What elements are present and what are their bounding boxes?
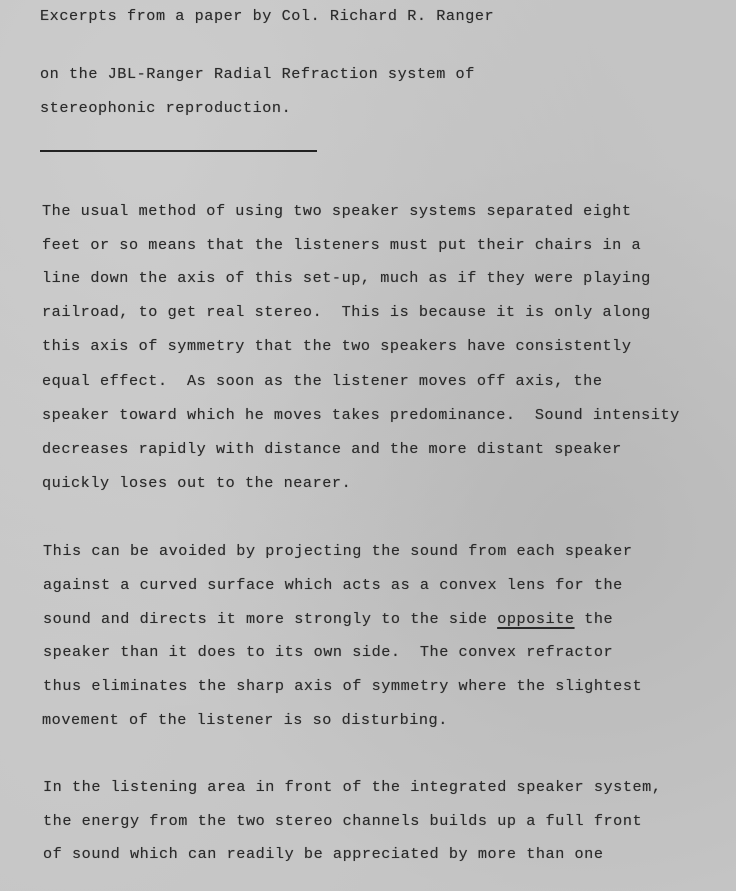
underlined-word: opposite: [497, 610, 574, 628]
p1-line-8: decreases rapidly with distance and the …: [42, 439, 622, 459]
p1-line-6: equal effect. As soon as the listener mo…: [42, 371, 603, 391]
p3-line-1: In the listening area in front of the in…: [43, 777, 662, 797]
p1-line-2: feet or so means that the listeners must…: [42, 235, 641, 255]
p3-line-3: of sound which can readily be appreciate…: [43, 844, 604, 864]
p1-line-5: this axis of symmetry that the two speak…: [42, 336, 632, 356]
p1-line-4: railroad, to get real stereo. This is be…: [42, 302, 651, 322]
p1-line-7: speaker toward which he moves takes pred…: [42, 405, 680, 425]
p2-line-3: sound and directs it more strongly to th…: [43, 609, 613, 629]
p2-line-2: against a curved surface which acts as a…: [43, 575, 623, 595]
header-line-2: on the JBL-Ranger Radial Refraction syst…: [40, 64, 475, 84]
header-line-3: stereophonic reproduction.: [40, 98, 291, 118]
separator-rule: [40, 150, 317, 152]
p1-line-1: The usual method of using two speaker sy…: [42, 201, 632, 221]
p1-line-3: line down the axis of this set-up, much …: [42, 268, 651, 288]
p3-line-2: the energy from the two stereo channels …: [43, 811, 642, 831]
p1-line-9: quickly loses out to the nearer.: [42, 473, 351, 493]
typewritten-page: Excerpts from a paper by Col. Richard R.…: [0, 0, 736, 891]
p2-line-4: speaker than it does to its own side. Th…: [43, 642, 613, 662]
p2-line-5: thus eliminates the sharp axis of symmet…: [43, 676, 642, 696]
p2-line-6: movement of the listener is so disturbin…: [42, 710, 448, 730]
header-line-1: Excerpts from a paper by Col. Richard R.…: [40, 6, 494, 26]
p2-line-3-after: the: [575, 610, 614, 628]
p2-line-3-before: sound and directs it more strongly to th…: [43, 610, 497, 628]
p2-line-1: This can be avoided by projecting the so…: [43, 541, 633, 561]
